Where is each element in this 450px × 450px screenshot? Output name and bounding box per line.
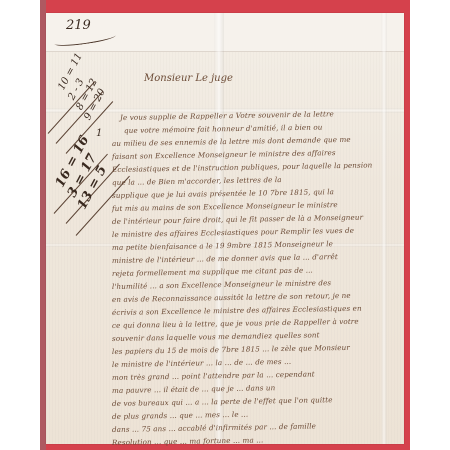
- letter-line: que votre mémoire fait honneur d'amitié,…: [124, 123, 323, 135]
- letter-line: de plus grands ... que ... mes ... le ..…: [112, 410, 248, 421]
- letter-line: dans ... 75 ans ... accablé d'infirmités…: [112, 421, 316, 434]
- letter-line: le ministre de l'intérieur ... la ... de…: [112, 357, 291, 369]
- salutation: Monsieur Le juge: [144, 73, 233, 84]
- letter-line: au milieu de ses ennemis de la lettre mi…: [112, 135, 351, 148]
- letter-line: de vos bureaux qui ... a ... la perte de…: [112, 395, 333, 408]
- letter-line: écrivis a son Excellence le ministre des…: [112, 304, 362, 317]
- letter-line: ma petite bienfaisance a le 19 9mbre 181…: [112, 239, 333, 252]
- letter-line: Ecclesiastiques et de l'instruction publ…: [112, 160, 372, 174]
- letter-line: les papiers du 15 de mois de 7bre 1815 .…: [112, 343, 350, 356]
- letter-line: supplique que je lui avais présentée le …: [112, 187, 334, 200]
- letter-line: le ministre des affaires Ecclesiastiques…: [112, 226, 354, 239]
- letter-paper: 219 10 = 11 2 - 3 8 = 12 9 = 20 1 16 = 1…: [46, 13, 404, 444]
- letter-line: ministre de l'intérieur ... de me donner…: [112, 252, 338, 265]
- right-fold-line: [381, 13, 387, 444]
- letter-line: que la ... de Bien m'accorder, les lettr…: [112, 175, 282, 187]
- letter-line: souvenir dans laquelle vous me demandiez…: [112, 330, 320, 343]
- letter-line: ce qui donna lieu à la lettre, que je vo…: [112, 317, 359, 330]
- letter-line: fut mis au mains de son Excellence Monse…: [112, 200, 338, 213]
- margin-calculation: 1: [96, 128, 102, 139]
- letter-line: mon très grand ... point l'attendre par …: [112, 369, 315, 382]
- letter-line: de l'intérieur pour faire droit, qui le …: [112, 213, 363, 226]
- letter-line: l'humilité ... a son Excellence Monseign…: [112, 278, 331, 291]
- reference-number: 219: [66, 18, 91, 33]
- letter-line: ma pauvre ... il était de ... que je ...…: [112, 383, 275, 395]
- letter-line: en avis de Reconnaissance aussitôt la le…: [112, 291, 351, 304]
- letter-line: rejeta formellement ma supplique me cita…: [112, 265, 313, 278]
